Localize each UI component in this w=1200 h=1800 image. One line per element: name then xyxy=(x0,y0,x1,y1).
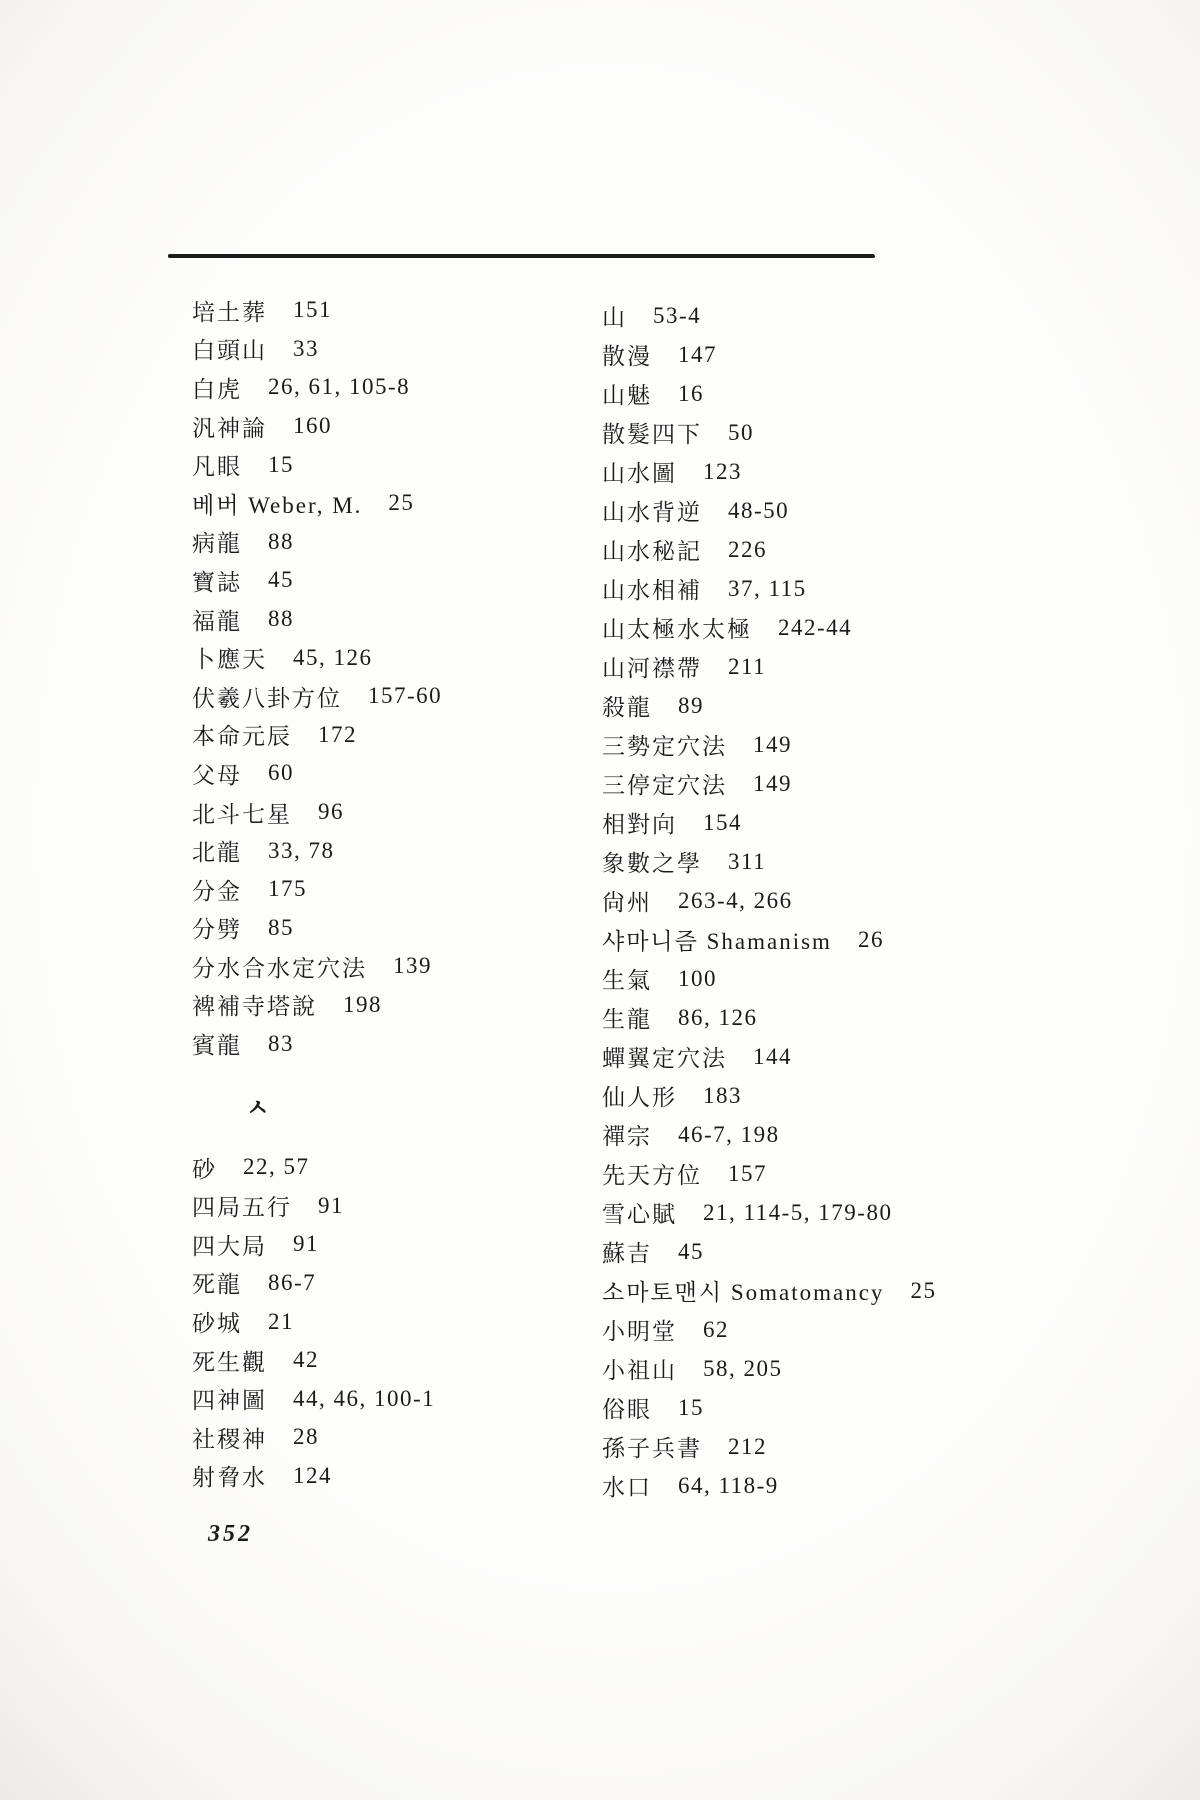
index-entry: 北斗七星96 xyxy=(192,793,442,832)
index-page-refs: 89 xyxy=(678,693,704,719)
section-divider-row: ㅅ xyxy=(246,1094,442,1118)
index-entry: 卜應天45, 126 xyxy=(192,638,442,677)
index-column-right: 山53-4散漫147山魅16散髮四下50山水圖123山水背逆48-50山水秘記2… xyxy=(602,296,936,1505)
index-term: 仙人形 xyxy=(602,1079,677,1112)
index-term: 賓龍 xyxy=(192,1027,242,1060)
index-term: 寶誌 xyxy=(192,564,242,597)
index-entry: 四大局91 xyxy=(192,1225,442,1264)
index-page-refs: 22, 57 xyxy=(243,1154,310,1180)
index-term: 先天方位 xyxy=(602,1157,702,1190)
index-page-refs: 16 xyxy=(678,381,704,407)
index-term: 四神圖 xyxy=(192,1382,267,1415)
index-entry: 소마토맨시 Somatomancy25 xyxy=(602,1271,936,1310)
index-page-refs: 21, 114-5, 179-80 xyxy=(703,1200,892,1226)
index-entry: 分水合水定穴法139 xyxy=(192,947,442,986)
index-entry: 水口64, 118-9 xyxy=(602,1466,936,1505)
index-term: 裨補寺塔說 xyxy=(192,988,317,1021)
index-entry: 山水圖123 xyxy=(602,452,936,491)
index-entry: 蟬翼定穴法144 xyxy=(602,1037,936,1076)
index-entry: 散髮四下50 xyxy=(602,413,936,452)
index-page-refs: 83 xyxy=(268,1031,294,1057)
index-page-refs: 37, 115 xyxy=(728,576,807,602)
section-header: ㅅ xyxy=(246,1088,269,1123)
index-page-refs: 147 xyxy=(678,342,717,368)
index-term: 病龍 xyxy=(192,525,242,558)
index-term: 山水相補 xyxy=(602,572,702,605)
index-entry: 白頭山33 xyxy=(192,330,442,369)
index-page-refs: 157 xyxy=(728,1161,767,1187)
index-term: 培土葬 xyxy=(192,294,267,327)
index-entry: 先天方位157 xyxy=(602,1154,936,1193)
index-entry: 象數之學311 xyxy=(602,842,936,881)
index-page-refs: 91 xyxy=(318,1193,344,1219)
index-entry: 山水背逆48-50 xyxy=(602,491,936,530)
index-page-refs: 33, 78 xyxy=(268,838,335,864)
index-page-refs: 64, 118-9 xyxy=(678,1473,779,1499)
index-entry: 裨補寺塔說198 xyxy=(192,986,442,1025)
index-entry: 伏羲八卦方位157-60 xyxy=(192,677,442,716)
index-term: 蘇吉 xyxy=(602,1235,652,1268)
index-term: 殺龍 xyxy=(602,689,652,722)
index-page-refs: 58, 205 xyxy=(703,1356,783,1382)
index-page-refs: 160 xyxy=(293,413,332,439)
index-page-refs: 26, 61, 105-8 xyxy=(268,374,410,400)
index-term: 本命元辰 xyxy=(192,718,292,751)
index-term: 山河襟帶 xyxy=(602,650,702,683)
index-entry: 白虎26, 61, 105-8 xyxy=(192,368,442,407)
index-page-refs: 50 xyxy=(728,420,754,446)
index-term: 汎神論 xyxy=(192,410,267,443)
index-term: 凡眼 xyxy=(192,448,242,481)
index-page: 培土葬151白頭山33白虎26, 61, 105-8汎神論160凡眼15베버 W… xyxy=(0,0,1200,1800)
index-page-refs: 100 xyxy=(678,966,717,992)
index-term: 小明堂 xyxy=(602,1313,677,1346)
index-entry: 山水相補37, 115 xyxy=(602,569,936,608)
index-page-refs: 46-7, 198 xyxy=(678,1122,780,1148)
index-term: 生氣 xyxy=(602,962,652,995)
index-entry: 死龍86-7 xyxy=(192,1264,442,1303)
index-term: 四局五行 xyxy=(192,1189,292,1222)
index-term: 分金 xyxy=(192,873,242,906)
index-entry: 砂22, 57 xyxy=(192,1148,442,1187)
index-entry: 北龍33, 78 xyxy=(192,831,442,870)
index-page-refs: 211 xyxy=(728,654,766,680)
index-term: 死生觀 xyxy=(192,1344,267,1377)
index-entry: 社稷神28 xyxy=(192,1418,442,1457)
index-term: 砂城 xyxy=(192,1305,242,1338)
index-term: 北斗七星 xyxy=(192,796,292,829)
index-entry: 相對向154 xyxy=(602,803,936,842)
index-term: 卜應天 xyxy=(192,641,267,674)
index-page-refs: 183 xyxy=(703,1083,742,1109)
index-term: 社稷神 xyxy=(192,1421,267,1454)
index-page-refs: 139 xyxy=(393,953,432,979)
index-entry: 培土葬151 xyxy=(192,291,442,330)
index-term: 白虎 xyxy=(192,371,242,404)
index-page-refs: 86-7 xyxy=(268,1270,316,1296)
index-entry: 射脅水124 xyxy=(192,1457,442,1496)
top-rule xyxy=(168,254,875,258)
index-page-refs: 88 xyxy=(268,606,294,632)
index-entry: 三停定穴法149 xyxy=(602,764,936,803)
index-term: 소마토맨시 Somatomancy xyxy=(602,1274,884,1307)
index-page-refs: 48-50 xyxy=(728,498,789,524)
index-page-refs: 157-60 xyxy=(368,683,442,709)
index-term: 尙州 xyxy=(602,884,652,917)
index-term: 福龍 xyxy=(192,603,242,636)
index-term: 水口 xyxy=(602,1469,652,1502)
index-entry: 汎神論160 xyxy=(192,407,442,446)
index-page-refs: 42 xyxy=(293,1347,319,1373)
index-page-refs: 25 xyxy=(388,490,414,516)
index-entry: 四神圖44, 46, 100-1 xyxy=(192,1379,442,1418)
index-entry: 山河襟帶211 xyxy=(602,647,936,686)
index-page-refs: 311 xyxy=(728,849,766,875)
index-entry: 散漫147 xyxy=(602,335,936,374)
index-term: 山水背逆 xyxy=(602,494,702,527)
index-entry: 生龍86, 126 xyxy=(602,998,936,1037)
index-page-refs: 151 xyxy=(293,297,332,323)
index-term: 雪心賦 xyxy=(602,1196,677,1229)
index-term: 砂 xyxy=(192,1151,217,1184)
index-page-refs: 62 xyxy=(703,1317,729,1343)
index-term: 分水合水定穴法 xyxy=(192,950,367,983)
index-entry: 山水秘記226 xyxy=(602,530,936,569)
index-page-refs: 15 xyxy=(678,1395,704,1421)
index-entry: 生氣100 xyxy=(602,959,936,998)
index-entry: 小祖山58, 205 xyxy=(602,1349,936,1388)
index-page-refs: 149 xyxy=(753,732,792,758)
index-page-refs: 242-44 xyxy=(778,615,852,641)
index-page-refs: 212 xyxy=(728,1434,767,1460)
index-page-refs: 44, 46, 100-1 xyxy=(293,1386,435,1412)
index-page-refs: 88 xyxy=(268,529,294,555)
index-page-refs: 53-4 xyxy=(653,303,701,329)
index-term: 死龍 xyxy=(192,1266,242,1299)
index-page-refs: 45, 126 xyxy=(293,645,373,671)
index-term: 山水圖 xyxy=(602,455,677,488)
index-page-refs: 198 xyxy=(343,992,382,1018)
index-term: 三勢定穴法 xyxy=(602,728,727,761)
index-entry: 山魅16 xyxy=(602,374,936,413)
index-entry: 仙人形183 xyxy=(602,1076,936,1115)
index-page-refs: 96 xyxy=(318,799,344,825)
index-entry: 四局五行91 xyxy=(192,1186,442,1225)
index-term: 象數之學 xyxy=(602,845,702,878)
index-page-refs: 175 xyxy=(268,876,307,902)
index-term: 山魅 xyxy=(602,377,652,410)
index-term: 山 xyxy=(602,299,627,332)
index-term: 山水秘記 xyxy=(602,533,702,566)
index-term: 散髮四下 xyxy=(602,416,702,449)
index-entry: 蘇吉45 xyxy=(602,1232,936,1271)
index-page-refs: 124 xyxy=(293,1463,332,1489)
index-term: 小祖山 xyxy=(602,1352,677,1385)
index-entry: 死生觀42 xyxy=(192,1341,442,1380)
index-term: 山太極水太極 xyxy=(602,611,752,644)
index-entry: 禪宗46-7, 198 xyxy=(602,1115,936,1154)
index-page-refs: 45 xyxy=(268,567,294,593)
index-term: 伏羲八卦方位 xyxy=(192,680,342,713)
index-page-refs: 25 xyxy=(910,1278,936,1304)
index-page-refs: 15 xyxy=(268,452,294,478)
index-term: 父母 xyxy=(192,757,242,790)
index-page-refs: 45 xyxy=(678,1239,704,1265)
index-page-refs: 91 xyxy=(293,1231,319,1257)
index-term: 相對向 xyxy=(602,806,677,839)
index-entry: 分金175 xyxy=(192,870,442,909)
index-term: 散漫 xyxy=(602,338,652,371)
index-entry: 샤마니즘 Shamanism26 xyxy=(602,920,936,959)
index-page-refs: 149 xyxy=(753,771,792,797)
index-entry: 父母60 xyxy=(192,754,442,793)
index-entry: 本命元辰172 xyxy=(192,716,442,755)
index-page-refs: 86, 126 xyxy=(678,1005,758,1031)
index-entry: 山太極水太極242-44 xyxy=(602,608,936,647)
index-entry: 病龍88 xyxy=(192,523,442,562)
index-term: 四大局 xyxy=(192,1228,267,1261)
index-term: 射脅水 xyxy=(192,1459,267,1492)
index-term: 蟬翼定穴法 xyxy=(602,1040,727,1073)
index-page-refs: 26 xyxy=(858,927,884,953)
index-page-refs: 144 xyxy=(753,1044,792,1070)
index-term: 禪宗 xyxy=(602,1118,652,1151)
index-term: 三停定穴法 xyxy=(602,767,727,800)
index-entry: 賓龍83 xyxy=(192,1024,442,1063)
page-number: 352 xyxy=(208,1521,253,1548)
index-term: 샤마니즘 Shamanism xyxy=(602,923,832,956)
index-term: 分劈 xyxy=(192,911,242,944)
index-page-refs: 28 xyxy=(293,1424,319,1450)
index-entry: 凡眼15 xyxy=(192,445,442,484)
index-page-refs: 60 xyxy=(268,760,294,786)
index-entry: 三勢定穴法149 xyxy=(602,725,936,764)
index-entry: 俗眼15 xyxy=(602,1388,936,1427)
index-term: 白頭山 xyxy=(192,332,267,365)
index-term: 孫子兵書 xyxy=(602,1430,702,1463)
index-term: 俗眼 xyxy=(602,1391,652,1424)
index-entry: 福龍88 xyxy=(192,600,442,639)
index-page-refs: 172 xyxy=(318,722,357,748)
index-entry: 孫子兵書212 xyxy=(602,1427,936,1466)
index-page-refs: 154 xyxy=(703,810,742,836)
index-entry: 尙州263-4, 266 xyxy=(602,881,936,920)
index-page-refs: 263-4, 266 xyxy=(678,888,793,914)
index-entry: 分劈85 xyxy=(192,909,442,948)
index-entry: 베버 Weber, M.25 xyxy=(192,484,442,523)
index-page-refs: 226 xyxy=(728,537,767,563)
index-column-left: 培土葬151白頭山33白虎26, 61, 105-8汎神論160凡眼15베버 W… xyxy=(192,291,442,1495)
index-term: 베버 Weber, M. xyxy=(192,487,362,520)
index-term: 生龍 xyxy=(602,1001,652,1034)
index-entry: 山53-4 xyxy=(602,296,936,335)
index-page-refs: 21 xyxy=(268,1309,294,1335)
index-entry: 殺龍89 xyxy=(602,686,936,725)
index-page-refs: 85 xyxy=(268,915,294,941)
index-entry: 小明堂62 xyxy=(602,1310,936,1349)
index-page-refs: 33 xyxy=(293,336,319,362)
index-term: 北龍 xyxy=(192,834,242,867)
index-entry: 雪心賦21, 114-5, 179-80 xyxy=(602,1193,936,1232)
index-entry: 寶誌45 xyxy=(192,561,442,600)
index-entry: 砂城21 xyxy=(192,1302,442,1341)
index-page-refs: 123 xyxy=(703,459,742,485)
